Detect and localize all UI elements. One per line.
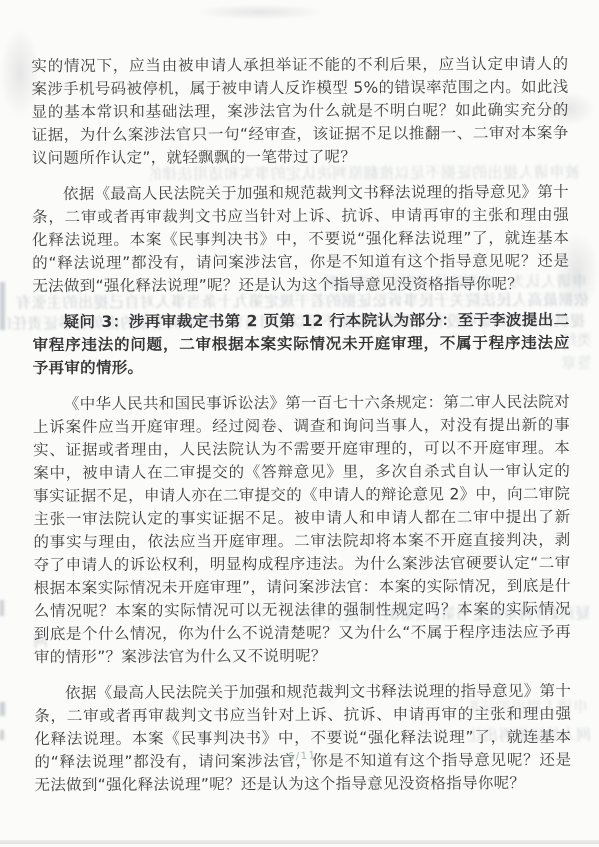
paragraph-question-3: 疑问 3：涉再审裁定书第 2 页第 12 行本院认为部分：至于李波提出二审程序违… bbox=[32, 309, 569, 380]
scan-smudge bbox=[195, 4, 325, 20]
scan-edge-mark bbox=[0, 730, 4, 740]
paragraph-civil-procedure-law: 《中华人民共和国民事诉讼法》第一百七十六条规定：第二审人民法院对上诉案件应当开庭… bbox=[33, 391, 571, 669]
paragraph-continuation: 实的情况下，应当由被申请人承担举证不能的不利后果，应当认定申请人的案涉手机号码被… bbox=[31, 53, 568, 170]
scan-edge-mark bbox=[0, 702, 5, 716]
scanned-document-page: 被申请人提出的证据不足以推翻原判决认定的事实和适用法律的情形如此浅显 申请人认为… bbox=[0, 0, 599, 847]
scan-edge-shadow bbox=[0, 840, 599, 844]
paragraph-guidance-opinion-1: 依据《最高人民法院关于加强和规范裁判文书释法说理的指导意见》第十条，二审或者再审… bbox=[32, 181, 569, 298]
document-body: 实的情况下，应当由被申请人承担举证不能的不利后果，应当认定申请人的案涉手机号码被… bbox=[31, 53, 571, 810]
scan-edge-mark bbox=[0, 282, 5, 330]
scan-edge-mark bbox=[0, 600, 4, 616]
page-number: 6/11 bbox=[288, 750, 317, 762]
paragraph-guidance-opinion-2: 依据《最高人民法院关于加强和规范裁判文书释法说理的指导意见》第十条，二审或者再审… bbox=[34, 680, 571, 797]
